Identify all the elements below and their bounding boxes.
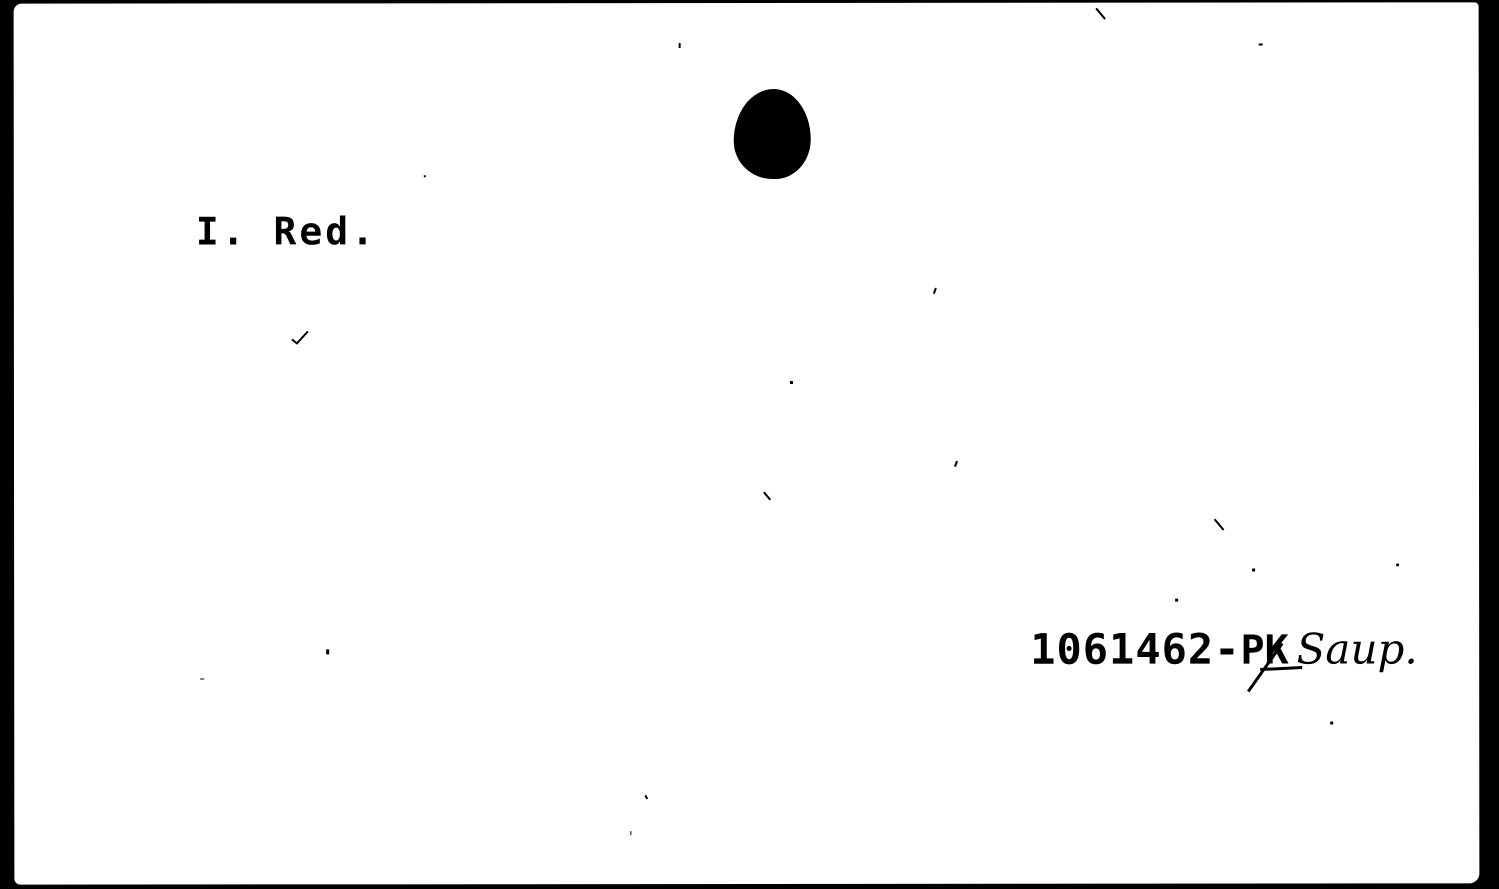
card-heading: I. Red. [196,209,377,253]
struck-out-text: PK [1240,628,1288,674]
punch-hole [734,89,811,179]
dust-speck [1214,519,1225,531]
dust-speck [790,381,793,384]
dust-speck [424,175,426,177]
dust-speck [644,795,648,799]
dust-speck [1175,599,1178,602]
scan-background: I. Red. 1061462-PK Saup. [0,0,1499,889]
dust-speck [954,461,958,467]
reference-line: 1061462-PK Saup. [1030,624,1418,673]
dust-speck [1330,721,1333,724]
dust-speck [763,492,771,501]
index-card: I. Red. 1061462-PK Saup. [14,2,1480,884]
dust-speck [933,288,937,294]
check-mark-icon [290,329,314,349]
reference-number: 1061462- [1030,625,1240,674]
dust-speck [1259,44,1263,46]
dust-speck [1396,563,1399,566]
dust-speck [679,43,681,48]
handwritten-note: Saup. [1297,624,1418,673]
dust-speck [630,831,631,835]
dust-speck [200,678,204,679]
struck-out-code: PK [1240,628,1288,674]
dust-speck [1252,569,1255,572]
dust-speck [1095,8,1106,20]
dust-speck [326,649,329,654]
